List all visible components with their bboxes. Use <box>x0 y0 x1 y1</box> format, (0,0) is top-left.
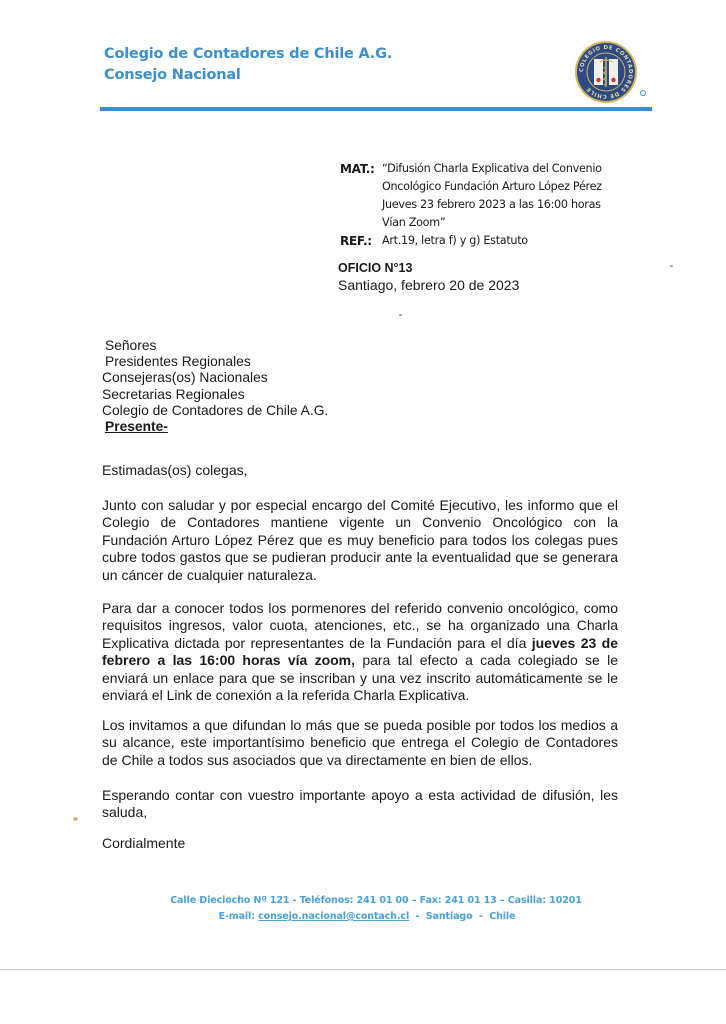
seal-logo-icon: COLEGIO DE CONTADORES DE CHILE <box>574 40 638 104</box>
ref-value: Art.19, letra f) y g) Estatuto <box>382 232 528 250</box>
mat-line: Vían Zoom” <box>382 214 602 232</box>
place-date: Santiago, febrero 20 de 2023 <box>338 277 519 294</box>
closing: Cordialmente <box>102 835 618 852</box>
org-unit: Consejo Nacional <box>104 65 392 86</box>
recipient-line: Secretarias Regionales <box>102 387 328 403</box>
paragraph-3: Los invitamos a que difundan lo más que … <box>102 717 618 769</box>
recipient-line: Colegio de Contadores de Chile A.G. <box>102 403 328 419</box>
mat-label: MAT.: <box>340 160 382 232</box>
greeting: Estimadas(os) colegas, <box>102 462 618 479</box>
paragraph-1: Junto con saludar y por especial encargo… <box>102 497 618 584</box>
scan-speck <box>670 265 673 267</box>
recipient-line: Señores <box>102 338 328 354</box>
recipient-line: Consejeras(os) Nacionales <box>102 370 328 386</box>
letterhead-org: Colegio de Contadores de Chile A.G. Cons… <box>104 44 392 86</box>
paragraph-4: Esperando contar con vuestro importante … <box>102 787 618 822</box>
scan-speck <box>399 314 402 316</box>
mat-line: Jueves 23 febrero 2023 a las 16:00 horas <box>382 196 602 214</box>
oficio-block: OFICIO N°13 Santiago, febrero 20 de 2023 <box>338 260 519 294</box>
email-label: E-mail: <box>219 911 259 922</box>
footer-contact: E-mail: consejo.nacional@contach.cl - Sa… <box>0 909 726 925</box>
header-rule <box>100 107 652 111</box>
presente-label: Presente- <box>102 419 328 435</box>
scan-speck <box>73 817 78 821</box>
footer-address: Calle Dieciocho Nº 121 - Teléfonos: 241 … <box>0 893 726 909</box>
org-name: Colegio de Contadores de Chile A.G. <box>104 44 392 65</box>
email-link[interactable]: consejo.nacional@contach.cl <box>258 911 409 922</box>
mat-line: Oncológico Fundación Arturo López Pérez <box>382 178 602 196</box>
registered-mark-icon <box>640 90 646 96</box>
page-edge <box>0 969 726 970</box>
mat-line: “Difusión Charla Explicativa del Conveni… <box>382 160 602 178</box>
recipients-block: Señores Presidentes Regionales Consejera… <box>102 338 328 435</box>
recipient-line: Presidentes Regionales <box>102 354 328 370</box>
footer-location: - Santiago - Chile <box>409 911 515 922</box>
paragraph-2: Para dar a conocer todos los pormenores … <box>102 600 618 704</box>
footer: Calle Dieciocho Nº 121 - Teléfonos: 241 … <box>0 893 726 925</box>
oficio-number: OFICIO N°13 <box>338 260 519 277</box>
ref-label: REF.: <box>340 232 382 250</box>
subject-block: MAT.: “Difusión Charla Explicativa del C… <box>340 160 640 250</box>
